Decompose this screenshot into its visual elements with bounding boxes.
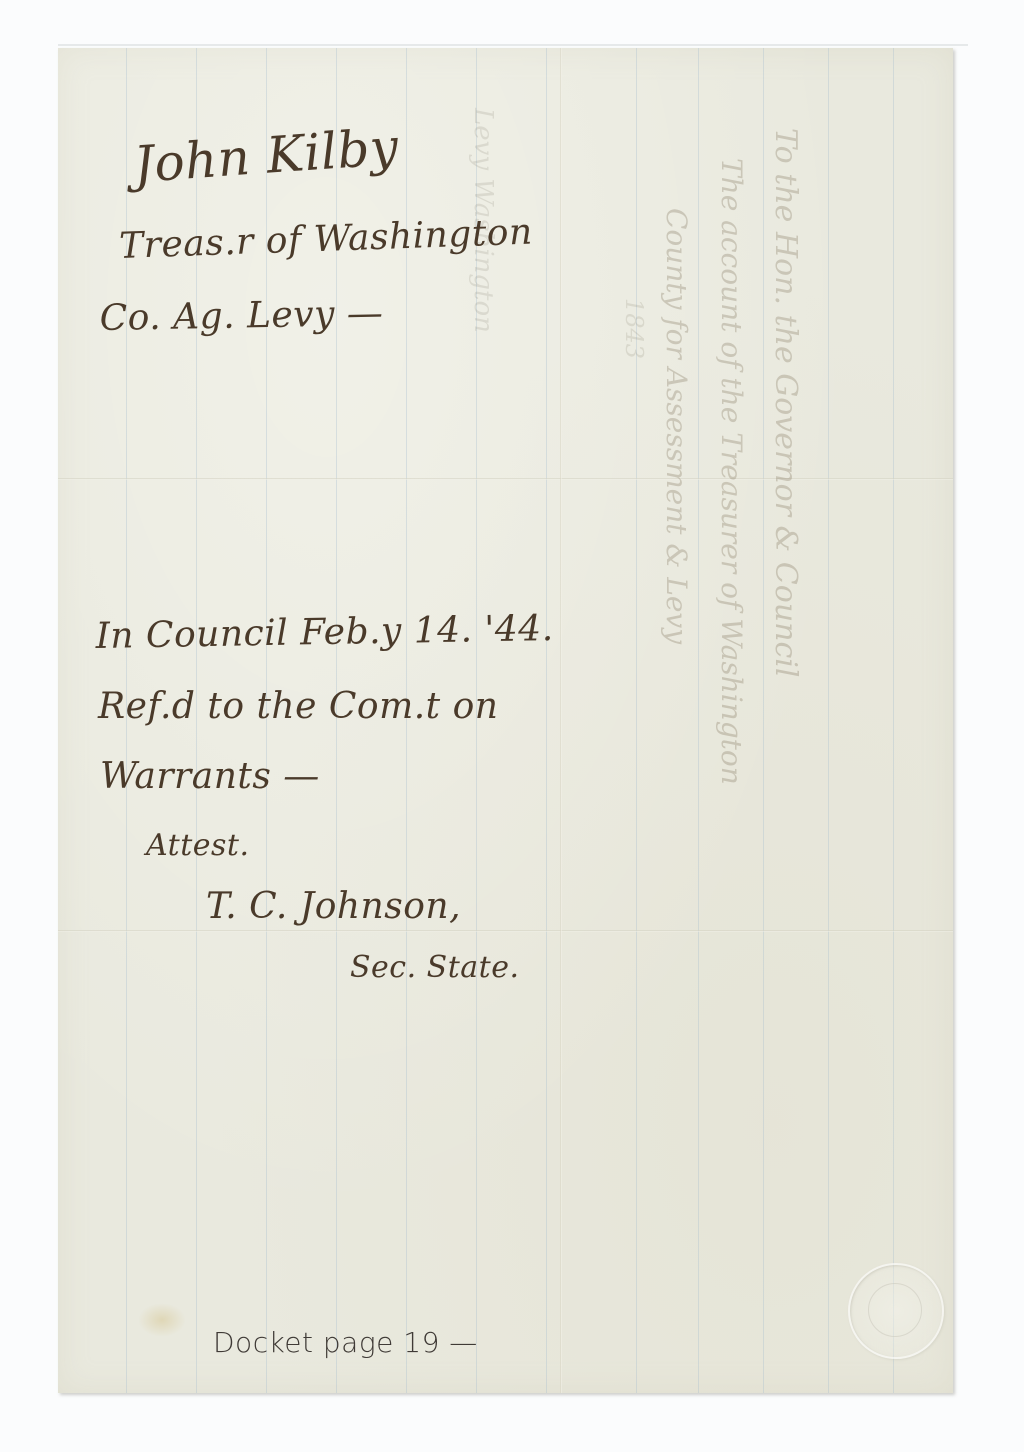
fold-crease-horizontal [58, 930, 953, 932]
council-note-committee: Warrants — [100, 756, 320, 797]
scan-background: To the Hon. the Governor & Council The a… [0, 0, 1024, 1452]
seal-inner-ring [868, 1283, 922, 1337]
bleed-through-text: 1843 [620, 298, 648, 359]
bleed-through-text: The account of the Treasurer of Washingt… [715, 158, 748, 785]
bleed-through-text: County for Assessment & Levy [660, 208, 693, 644]
docket-page-note: Docket page 19 — [213, 1326, 478, 1359]
ruled-line [763, 48, 764, 1393]
ruled-line [893, 48, 894, 1393]
manuscript-page: To the Hon. the Governor & Council The a… [58, 48, 953, 1393]
ruled-line [698, 48, 699, 1393]
docket-heading-name: John Kilby [132, 118, 400, 194]
bleed-through-text: To the Hon. the Governor & Council [768, 128, 803, 677]
ruled-line [828, 48, 829, 1393]
ruled-line [636, 48, 637, 1393]
attest-label: Attest. [146, 828, 250, 863]
scan-edge [58, 44, 968, 46]
fold-crease-horizontal [58, 478, 953, 480]
foxing-stain [138, 1303, 186, 1337]
embossed-seal-icon [848, 1263, 944, 1359]
fold-crease-vertical [560, 48, 562, 1393]
attest-title: Sec. State. [350, 950, 520, 985]
docket-heading-subject: Co. Ag. Levy — [99, 293, 383, 339]
council-note-date: In Council Feb.y 14. '44. [95, 608, 554, 657]
attest-signature: T. C. Johnson, [206, 886, 461, 927]
ruled-line [546, 48, 547, 1393]
council-note-referral: Ref.d to the Com.t on [98, 686, 498, 727]
